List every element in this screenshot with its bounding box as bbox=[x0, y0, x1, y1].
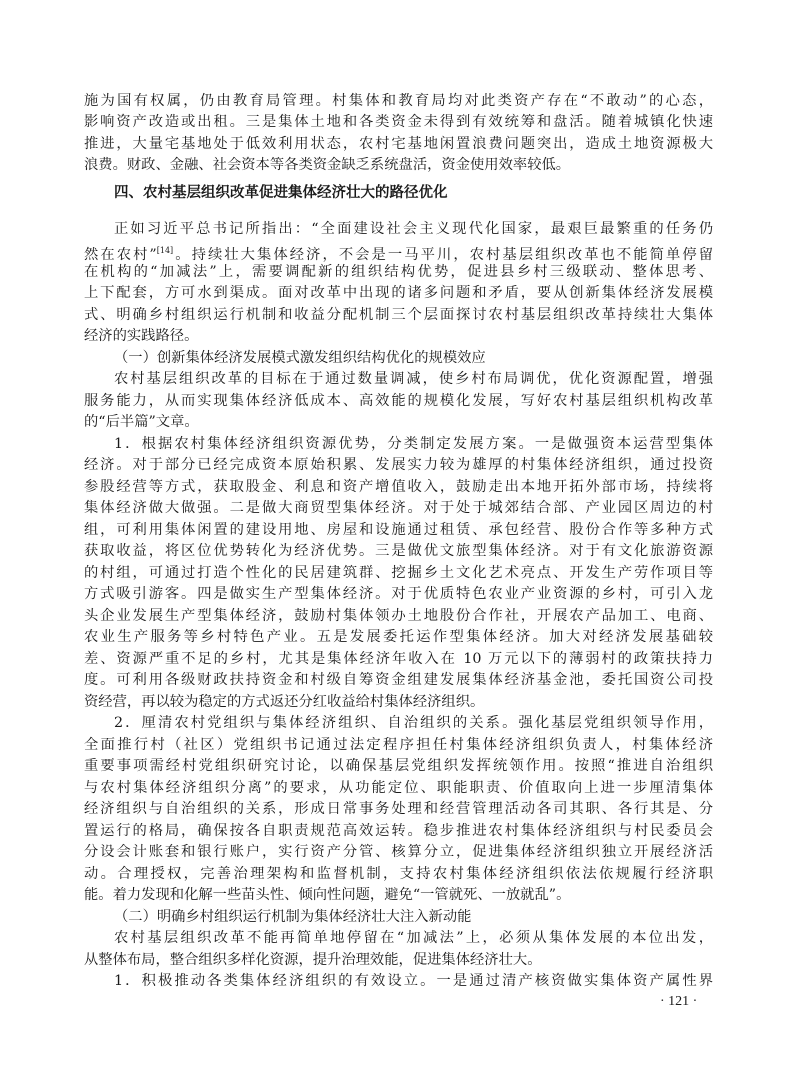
text-line: 农村基层组织改革不能再简单地停留在“加减法”上，必须从集体发展的本位出发， bbox=[114, 928, 713, 949]
text-line: 的“后半篇”文章。 bbox=[84, 412, 713, 433]
text-line: 重要事项需经村党组织研究讨论，以确保基层党组织发挥统领作用。按照“推进自治组织 bbox=[84, 756, 713, 777]
citation-superscript: [14] bbox=[157, 246, 173, 255]
text-line: 置运行的格局，确保按各自职责规范高效运转。稳步推进农村集体经济组织与村民委员会 bbox=[84, 821, 713, 842]
text-line: 方式吸引游客。四是做实生产型集体经济。对于优质特色农业产业资源的乡村，可引入龙 bbox=[84, 584, 713, 605]
text-line: 正如习近平总书记所指出：“全面建设社会主义现代化国家，最艰巨最繁重的任务仍 bbox=[114, 219, 713, 240]
document-page: 施为国有权属，仍由教育局管理。村集体和教育局均对此类资产存在“不敢动”的心态，影… bbox=[0, 0, 794, 1077]
text-line: 经济的实践路径。 bbox=[84, 326, 713, 347]
text-line: （一）创新集体经济发展模式激发组织结构优化的规模效应 bbox=[114, 348, 713, 369]
text-line: 能。着力发现和化解一些苗头性、倾向性问题，避免“一管就死、一放就乱”。 bbox=[84, 885, 713, 906]
text-line: 动。合理授权，完善治理架构和监督机制，支持农村集体经济组织依法依规履行经济职 bbox=[84, 864, 713, 885]
text-line: 施为国有权属，仍由教育局管理。村集体和教育局均对此类资产存在“不敢动”的心态， bbox=[84, 91, 713, 112]
text-line: 差、资源严重不足的乡村，尤其是集体经济年收入在 10 万元以下的薄弱村的政策扶持… bbox=[84, 649, 713, 670]
text-line: 农村基层组织改革的目标在于通过数量调减，使乡村布局调优，优化资源配置，增强 bbox=[114, 369, 713, 390]
text-line: （二）明确乡村组织运行机制为集体经济壮大注入新动能 bbox=[114, 907, 713, 928]
text-line: 从整体布局，整合组织多样化资源，提升治理效能，促进集体经济壮大。 bbox=[84, 950, 713, 971]
text-line: 与农村集体经济组织分离”的要求，从功能定位、职能职责、价值取向上进一步厘清集体 bbox=[84, 778, 713, 799]
text-line: 的村组，可通过打造个性化的民居建筑群、挖掘乡土文化艺术亮点、开发生产劳作项目等 bbox=[84, 563, 713, 584]
text-line: 分设会计账套和银行账户，实行资产分管、核算分立，促进集体经济组织独立开展经济活 bbox=[84, 842, 713, 863]
text-line: 上下配套，方可水到渠成。面对改革中出现的诸多问题和矛盾，要从创新集体经济发展模 bbox=[84, 283, 713, 304]
text-line: 资经营，再以较为稳定的方式返还分红收益给村集体经济组织。 bbox=[84, 692, 713, 713]
text-line: 在机构的“加减法”上，需要调配新的组织结构优势，促进县乡村三级联动、整体思考、 bbox=[84, 262, 713, 283]
text-line: 集体经济做大做强。二是做大商贸型集体经济。对于处于城郊结合部、产业园区周边的村 bbox=[84, 498, 713, 519]
text-line: 度。可利用各级财政扶持资金和村级自筹资金组建发展集体经济基金池，委托国资公司投 bbox=[84, 670, 713, 691]
text-line: 头企业发展生产型集体经济，鼓励村集体领办土地股份合作社，开展农产品加工、电商、 bbox=[84, 606, 713, 627]
text-line: 经济。对于部分已经完成资本原始积累、发展实力较为雄厚的村集体经济组织，通过投资 bbox=[84, 455, 713, 476]
text-line: 经济组织与自治组织的关系，形成日常事务处理和经营管理活动各司其职、各行其是、分 bbox=[84, 799, 713, 820]
text-line: 1．积极推动各类集体经济组织的有效设立。一是通过清产核资做实集体资产属性界 bbox=[114, 971, 713, 992]
text-line: 式、明确乡村组织运行机制和收益分配机制三个层面探讨农村基层组织改革持续壮大集体 bbox=[84, 305, 713, 326]
text-line: 浪费。财政、金融、社会资本等各类资金缺乏系统盘活，资金使用效率较低。 bbox=[84, 155, 713, 176]
text-line: 1．根据农村集体经济组织资源优势，分类制定发展方案。一是做强资本运营型集体 bbox=[114, 434, 713, 455]
text-line: 农业生产服务等乡村特色产业。五是发展委托运作型集体经济。加大对经济发展基础较 bbox=[84, 627, 713, 648]
text-line: 全面推行村（社区）党组织书记通过法定程序担任村集体经济组织负责人，村集体经济 bbox=[84, 735, 713, 756]
page-number: · 121 · bbox=[660, 992, 697, 1012]
text-line: 然在农村”[14]。持续壮大集体经济，不会是一马平川，农村基层组织改革也不能简单… bbox=[84, 240, 713, 261]
text-line: 参股经营等方式，获取股金、利息和资产增值收入，鼓励走出本地开拓外部市场，持续将 bbox=[84, 477, 713, 498]
text-line: 推进，大量宅基地处于低效利用状态，农村宅基地闲置浪费问题突出，造成土地资源极大 bbox=[84, 134, 713, 155]
text-line: 组，可利用集体闲置的建设用地、房屋和设施通过租赁、承包经营、股份合作等多种方式 bbox=[84, 520, 713, 541]
text-line: 影响资产改造或出租。三是集体土地和各类资金未得到有效统筹和盘活。随着城镇化快速 bbox=[84, 112, 713, 133]
text-line: 获取收益，将区位优势转化为经济优势。三是做优文旅型集体经济。对于有文化旅游资源 bbox=[84, 541, 713, 562]
text-line: 2．厘清农村党组织与集体经济组织、自治组织的关系。强化基层党组织领导作用， bbox=[114, 713, 713, 734]
section-heading: 四、农村基层组织改革促进集体经济壮大的路径优化 bbox=[114, 183, 448, 204]
text-line: 服务能力，从而实现集体经济低成本、高效能的规模化发展，写好农村基层组织机构改革 bbox=[84, 391, 713, 412]
